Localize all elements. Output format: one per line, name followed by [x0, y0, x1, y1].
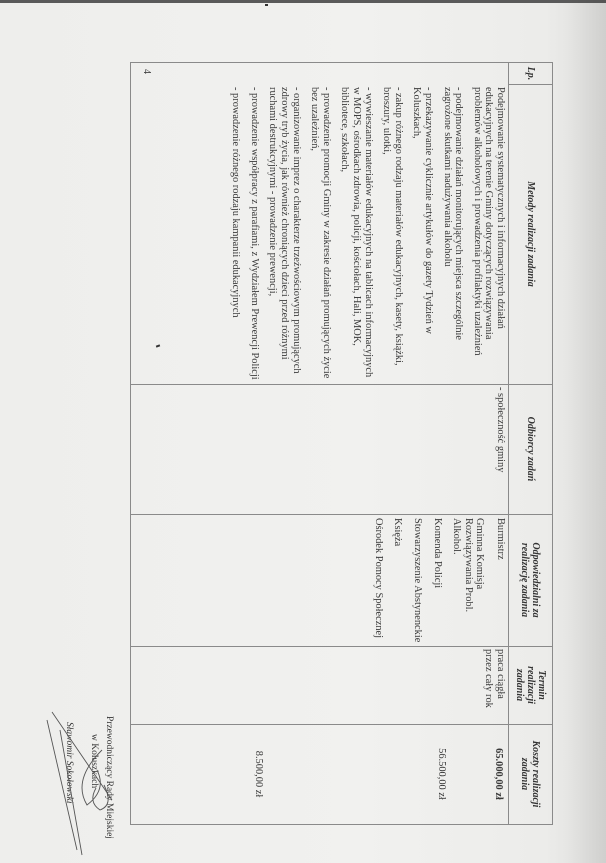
tasks-table: Lp. Metody realizacji zadania Odbiorcy z… — [130, 62, 553, 825]
header-recipients: Odbiorcy zadań — [509, 384, 552, 514]
method-item: Podejmowanie systematycznych i informacy… — [471, 87, 506, 381]
method-item: - prowadzenie promocji Gminy w zakresie … — [309, 87, 332, 381]
header-methods: Metody realizacji zadania — [509, 84, 552, 384]
recipients-cell: - społeczność gminy — [494, 387, 506, 513]
method-item: - wywieszanie materiałów edukacyjnych na… — [339, 87, 374, 381]
responsible-entity: Burmistrz — [494, 518, 506, 643]
scan-speck — [265, 4, 268, 6]
column-divider-methods — [131, 384, 552, 385]
row-number: 4 — [141, 69, 152, 74]
method-item: - prowadzenie różnego rodzaju kampanii e… — [230, 87, 242, 381]
costs-cell: 65.000,00 zł 56.500,00 zł 8.500,00 zł — [131, 724, 552, 824]
responsible-entity: Gminna Komisja Rozwiązywania Probl. Alko… — [451, 518, 486, 643]
signature-block: Przewodniczący Rady Miejskiej w Koluszka… — [44, 716, 114, 856]
header-lp: Lp. — [509, 63, 552, 84]
cost-row4: 8.500,00 zł — [253, 724, 264, 824]
responsible-entity: Stowarzyszenie Abstynenckie — [411, 518, 423, 643]
responsible-cell: Burmistrz Gminna Komisja Rozwiązywania P… — [365, 518, 506, 643]
method-item: - prowadzenie współpracy z parafiami, z … — [248, 87, 260, 381]
method-item: - zakup różnego rodzaju materiałów eduka… — [381, 87, 404, 381]
method-item: - przekazywanie cyklicznie artykułów do … — [411, 87, 434, 381]
column-divider-responsible — [131, 646, 552, 647]
header-deadline: Termin realizacji zadania — [509, 646, 552, 724]
column-divider-recipients — [131, 514, 552, 515]
methods-cell: Podejmowanie systematycznych i informacy… — [223, 87, 506, 381]
responsible-entity: Księża — [392, 518, 404, 643]
cost-total: 65.000,00 zł — [493, 724, 504, 824]
handwritten-signature-icon — [42, 710, 122, 860]
responsible-entity: Komenda Policji — [431, 518, 443, 643]
responsible-entity: Ośrodek Pomocy Społecznej — [372, 518, 384, 643]
rotated-page: Lp. Metody realizacji zadania Odbiorcy z… — [0, 0, 606, 863]
header-responsible: Odpowiedzialni za realizację zadania — [509, 514, 552, 646]
deadline-cell: praca ciągła przez cały rok — [483, 649, 506, 723]
method-item: - organizowanie imprez o charakterze trz… — [267, 87, 302, 381]
method-item: - podejmowanie działań monitorujących mi… — [441, 87, 464, 381]
cost-row3: 56.500,00 zł — [436, 724, 447, 824]
